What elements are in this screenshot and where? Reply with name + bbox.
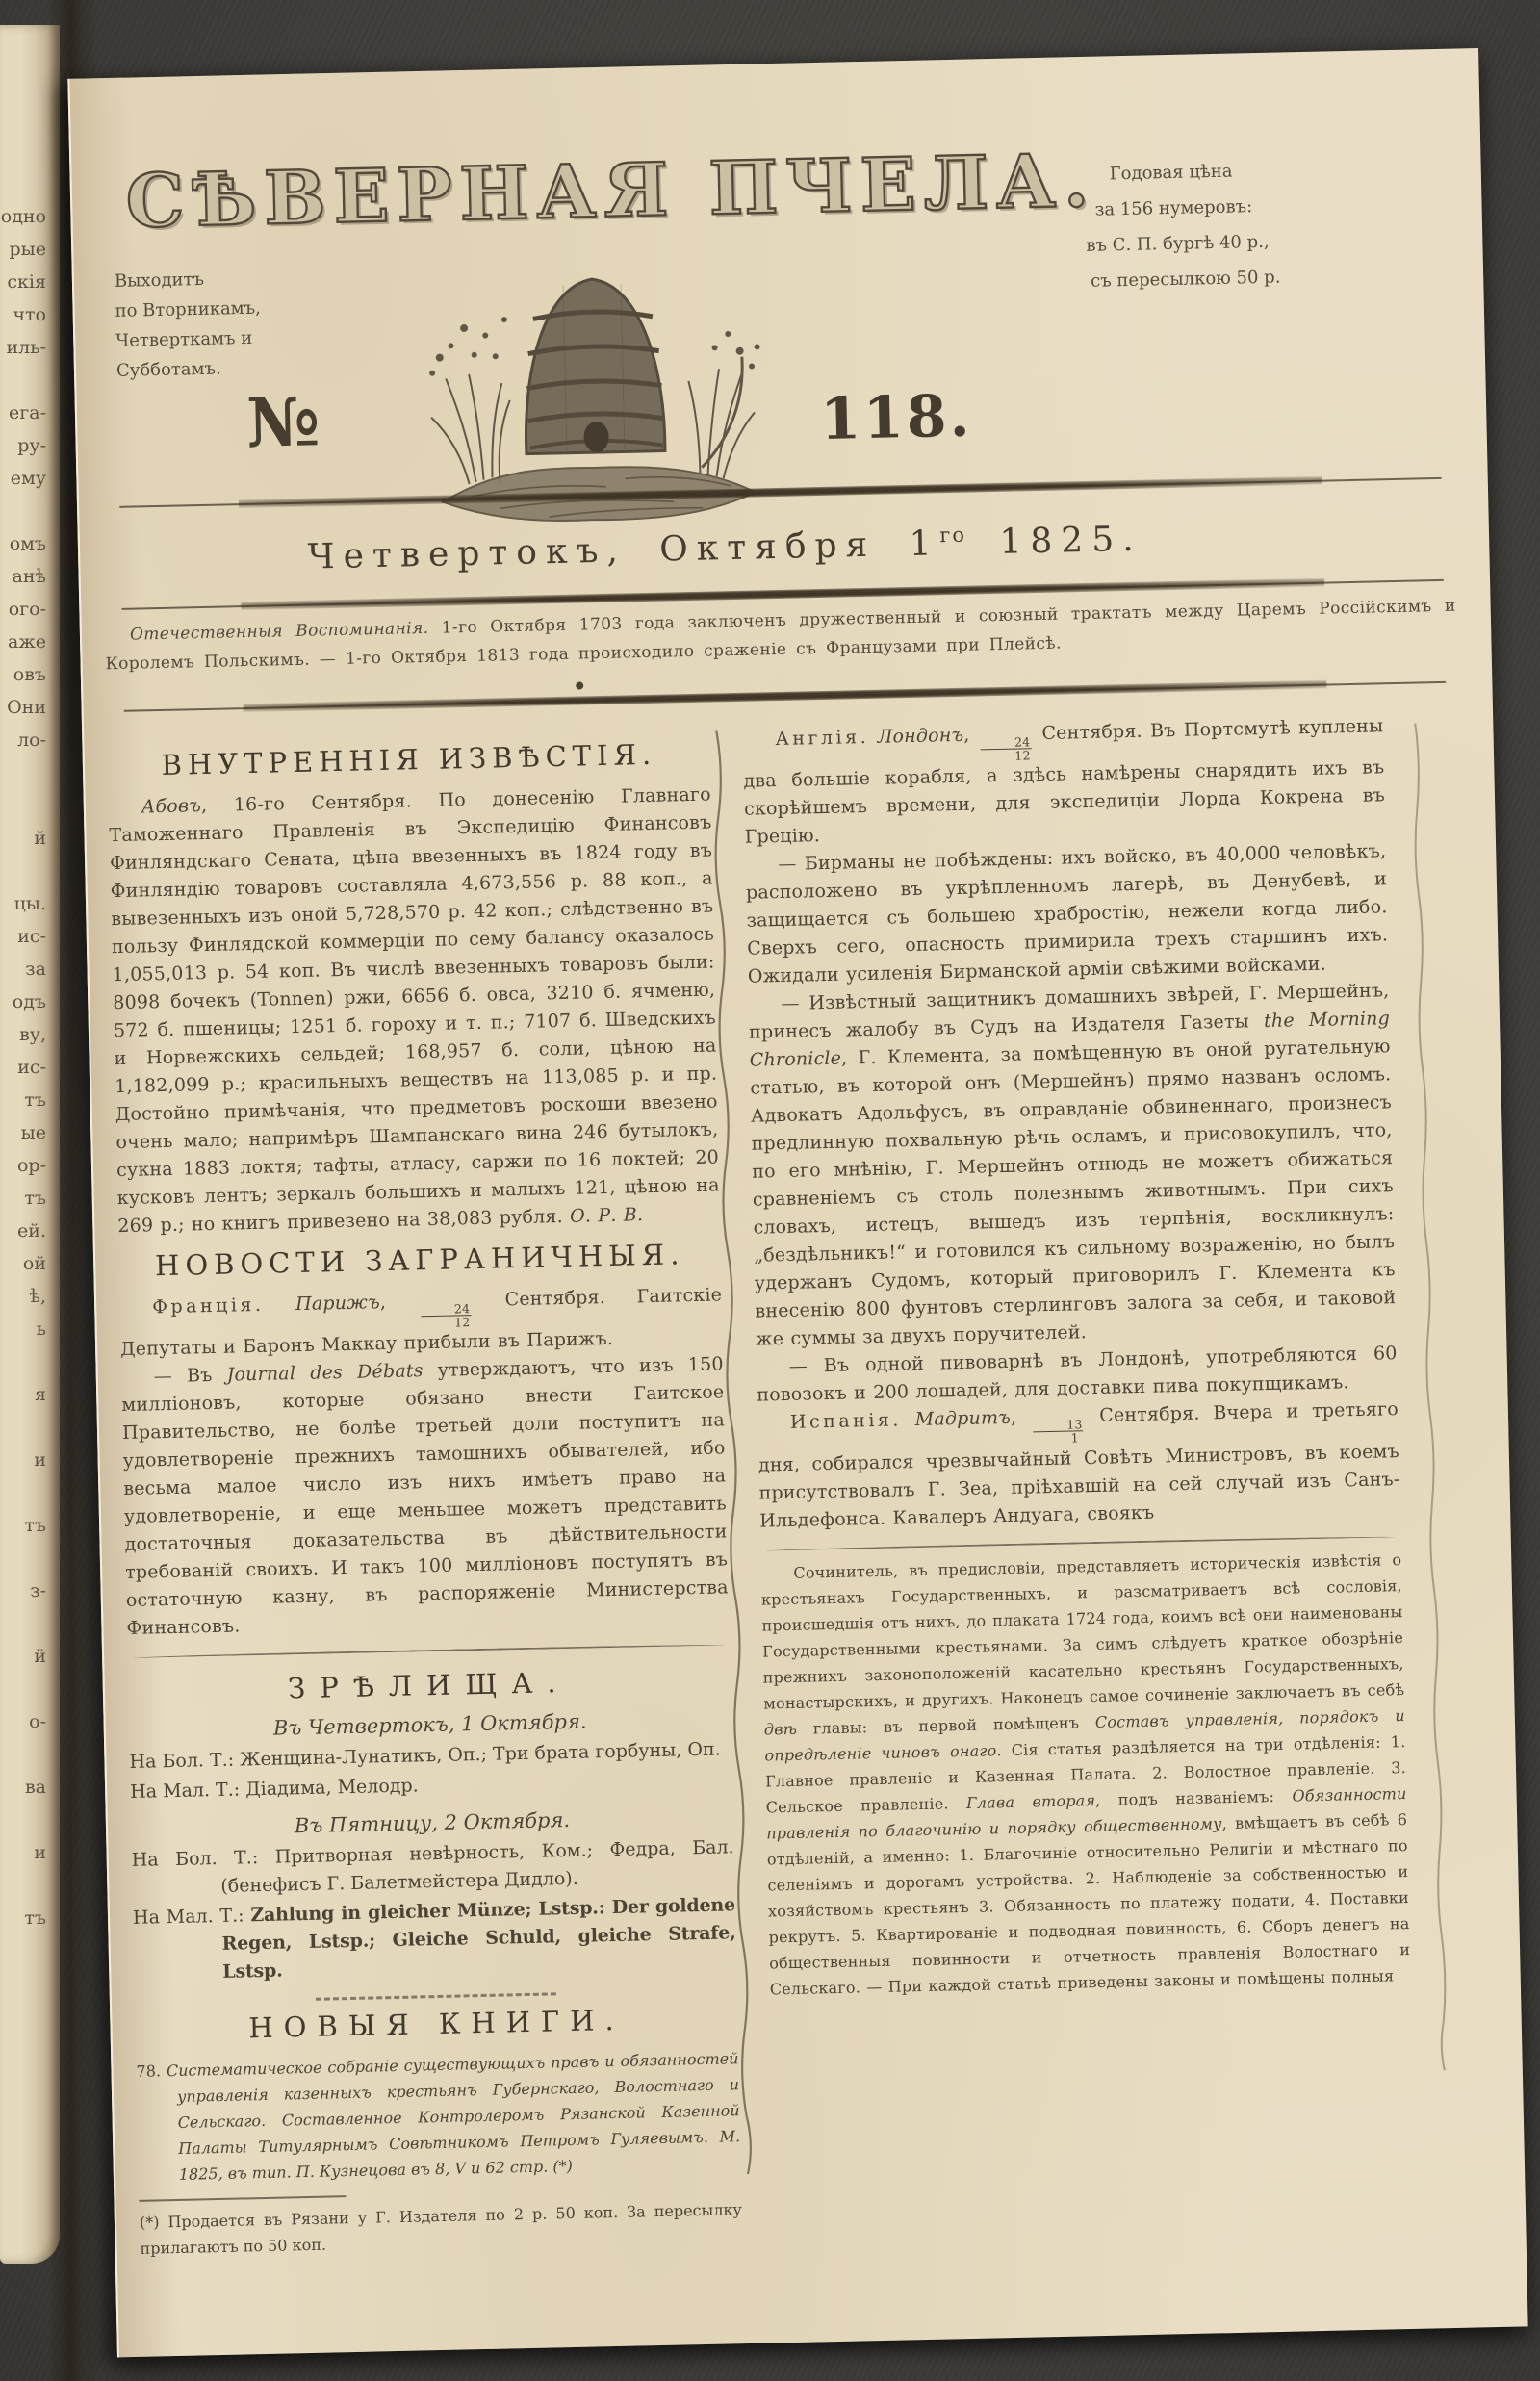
footnote-rule: [139, 2195, 346, 2202]
left-column: ВНУТРЕННІЯ ИЗВѢСТІЯ. Абовъ, 16-го Сентяб…: [107, 728, 742, 2263]
playbill-bolshoi-friday: На Бол. Т.: Притворная невѣрность, Ком.;…: [131, 1834, 734, 1904]
article-england-london: Англія. Лондонъ, 2412 Сентября. Въ Портс…: [742, 712, 1386, 852]
right-column: Англія. Лондонъ, 2412 Сентября. Въ Портс…: [742, 712, 1411, 2002]
article-journal-des-debats: — Въ Journal des Débats утверждаютъ, что…: [120, 1351, 729, 1644]
dashed-rule: [316, 1993, 556, 2001]
book-listing-78: 78. Систематическое собраніе существующи…: [136, 2045, 741, 2189]
section-heading-foreign-news: НОВОСТИ ЗАГРАНИЧНЫЯ.: [118, 1237, 722, 1283]
scanned-book-photo: однорыескіячтоиль-ега-ру-емуомъанѣого-аж…: [0, 0, 1540, 2381]
article-burma: — Бирманы не побѣждены: ихъ войско, въ 4…: [745, 837, 1389, 990]
beehive-vignette-engraving: [379, 205, 809, 536]
section-rule: [133, 1644, 724, 1660]
subscription-price: Годовая цѣназа 156 нумеровъ:въ С. П. бур…: [1084, 151, 1356, 299]
section-heading-spectacles: ЗРѢЛИЩА.: [128, 1663, 731, 1709]
book-number: 78.: [136, 2062, 161, 2082]
publication-schedule: Выходитъпо Вторникамъ,Четверткамъ иСуббо…: [115, 263, 300, 386]
article-france-paris: Франція. Парижъ, 2412 Сентября. Гаитскіе…: [119, 1281, 723, 1364]
separator-dot: [576, 681, 583, 689]
section-heading-domestic-news: ВНУТРЕННІЯ ИЗВѢСТІЯ.: [108, 737, 711, 783]
article-spain-madrid: Испанія. Мадритъ, 131 Сентября. Вчера и …: [757, 1395, 1401, 1535]
playbill-maly-friday: На Мал. Т.: Zahlung in gleicher Münze; L…: [133, 1892, 737, 1989]
ornamental-rule-bottom: [124, 677, 1447, 717]
issue-number: 118.: [819, 383, 973, 453]
issue-number-symbol: №: [245, 381, 321, 463]
beehive-icon: [379, 205, 809, 532]
article-martin-lawsuit: — Извѣстный защитникъ домашнихъ звѣрей, …: [748, 977, 1397, 1353]
book-description: Систематическое собраніе существующихъ п…: [167, 2049, 741, 2184]
section-heading-new-books: НОВЫЯ КНИГИ.: [135, 2001, 738, 2047]
book-review-continuation: Сочинитель, въ предисловіи, представляет…: [760, 1547, 1411, 2002]
right-margin-line: [1408, 723, 1452, 2118]
article-abo-customs: Абовъ, 16-го Сентября. По донесенію Глав…: [109, 781, 721, 1242]
newspaper-page: СѢВЕРНАЯ ПЧЕЛА. Выходитъпо Вторникамъ,Че…: [67, 48, 1527, 2357]
footnote: (*) Продается въ Рязани у Г. Издателя по…: [140, 2196, 743, 2262]
